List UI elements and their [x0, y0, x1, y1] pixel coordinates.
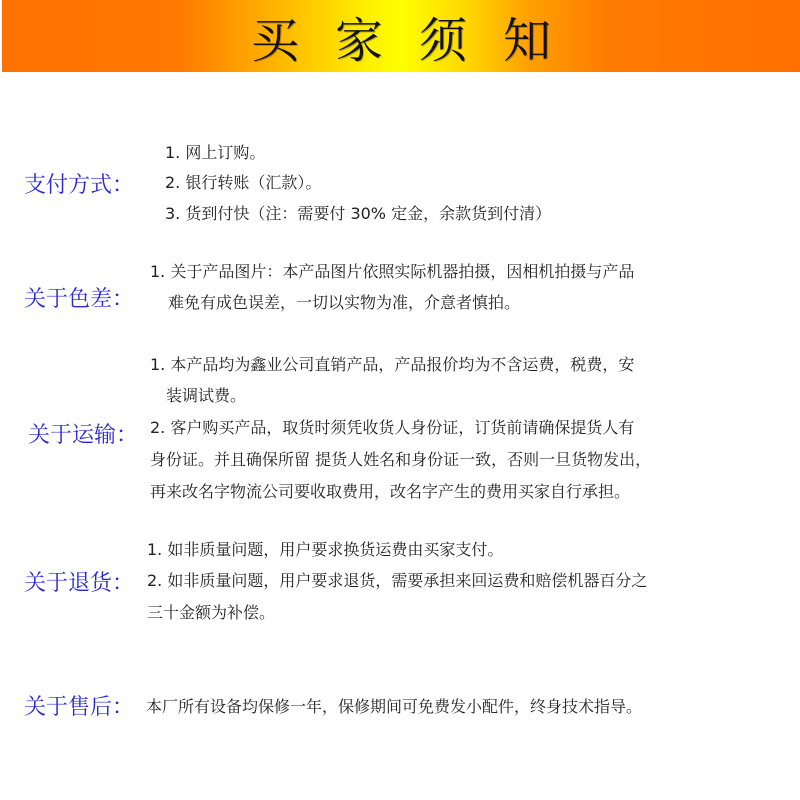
section-label-color-difference: 关于色差：	[24, 282, 134, 313]
section-label-returns: 关于退货：	[24, 566, 134, 597]
returns-line-3: 三十金额为补偿。	[147, 600, 275, 623]
section-label-after-sales: 关于售后：	[24, 690, 134, 721]
returns-line-2: 2. 如非质量问题，用户要求退货，需要承担来回运费和赔偿机器百分之	[147, 568, 647, 591]
page-title: 买家须知	[2, 0, 800, 72]
shipping-line-4: 身份证。并且确保所留 提货人姓名和身份证一致，否则一旦货物发出，	[150, 447, 651, 470]
color-line-1: 1. 关于产品图片：本产品图片依照实际机器拍摄，因相机拍摄与产品	[150, 259, 634, 282]
color-line-2: 难免有成色误差，一切以实物为准，介意者慎拍。	[168, 290, 520, 313]
shipping-line-5: 再来改名字物流公司要收取费用，改名字产生的费用买家自行承担。	[150, 479, 630, 502]
shipping-line-2: 装调试费。	[166, 383, 246, 406]
payment-line-3: 3. 货到付快（注：需要付 30% 定金，余款货到付清）	[165, 201, 551, 224]
shipping-line-3: 2. 客户购买产品，取货时须凭收货人身份证，订货前请确保提货人有	[150, 415, 634, 438]
section-label-shipping: 关于运输：	[28, 418, 138, 449]
payment-line-2: 2. 银行转账（汇款）。	[165, 170, 321, 193]
after-sales-line-1: 本厂所有设备均保修一年，保修期间可免费发小配件，终身技术指导。	[146, 694, 642, 717]
section-label-payment: 支付方式：	[24, 168, 134, 199]
shipping-line-1: 1. 本产品均为鑫业公司直销产品，产品报价均为不含运费，税费，安	[150, 352, 634, 375]
header-banner: 买家须知	[2, 0, 800, 72]
returns-line-1: 1. 如非质量问题，用户要求换货运费由买家支付。	[147, 537, 503, 560]
payment-line-1: 1. 网上订购。	[165, 140, 265, 163]
